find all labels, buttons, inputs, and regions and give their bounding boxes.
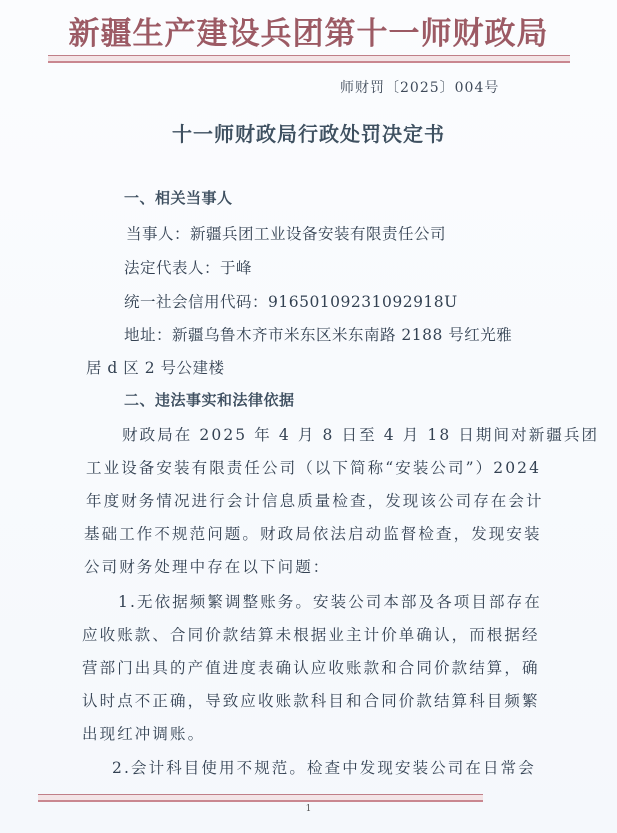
item1-line: 应收账款、合同价款结算未根据业主计价单确认，而根据经	[82, 623, 540, 645]
address-line-2: 居 d 区 2 号公建楼	[86, 356, 225, 378]
page-number: 1	[0, 804, 617, 814]
section2-heading: 二、违法事实和法律依据	[124, 389, 295, 410]
footer-red-rule	[38, 794, 483, 802]
party-name: 当事人：新疆兵团工业设备安装有限责任公司	[126, 222, 446, 244]
item1-line: 营部门出具的产值进度表确认应收账款和合同价款结算，确	[82, 656, 540, 678]
document-title: 十一师财政局行政处罚决定书	[0, 118, 617, 147]
masthead: 新疆生产建设兵团第十一师财政局	[0, 8, 617, 53]
credit-code: 统一社会信用代码：91650109231092918U	[124, 290, 458, 312]
para1-line: 公司财务处理中存在以下问题：	[84, 555, 330, 577]
para1-line: 财政局在 2025 年 4 月 8 日至 4 月 18 日期间对新疆兵团	[122, 423, 599, 445]
item1-line: 出现红冲调账。	[82, 722, 205, 744]
para1-line: 工业设备安装有限责任公司（以下简称“安装公司”）2024	[86, 456, 541, 478]
para1-line: 年度财务情况进行会计信息质量检查，发现该公司存在会计	[86, 489, 544, 511]
item1-line: 认时点不正确，导致应收账款科目和合同价款结算科目频繁	[82, 689, 540, 711]
masthead-red-rule	[48, 55, 570, 63]
document-number: 师财罚〔2025〕004号	[340, 77, 499, 97]
para1-line: 基础工作不规范问题。财政局依法启动监督检查，发现安装	[84, 522, 542, 544]
item2-line: 2.会计科目使用不规范。检查中发现安装公司在日常会	[112, 756, 536, 778]
address-line-1: 地址：新疆乌鲁木齐市米东区米东南路 2188 号红光雅	[124, 323, 512, 345]
legal-representative: 法定代表人：于峰	[124, 256, 252, 278]
section1-heading: 一、相关当事人	[124, 187, 233, 208]
document-page: 新疆生产建设兵团第十一师财政局 师财罚〔2025〕004号 十一师财政局行政处罚…	[0, 0, 617, 833]
item1-line: 1.无依据频繁调整账务。安装公司本部及各项目部存在	[118, 590, 542, 612]
